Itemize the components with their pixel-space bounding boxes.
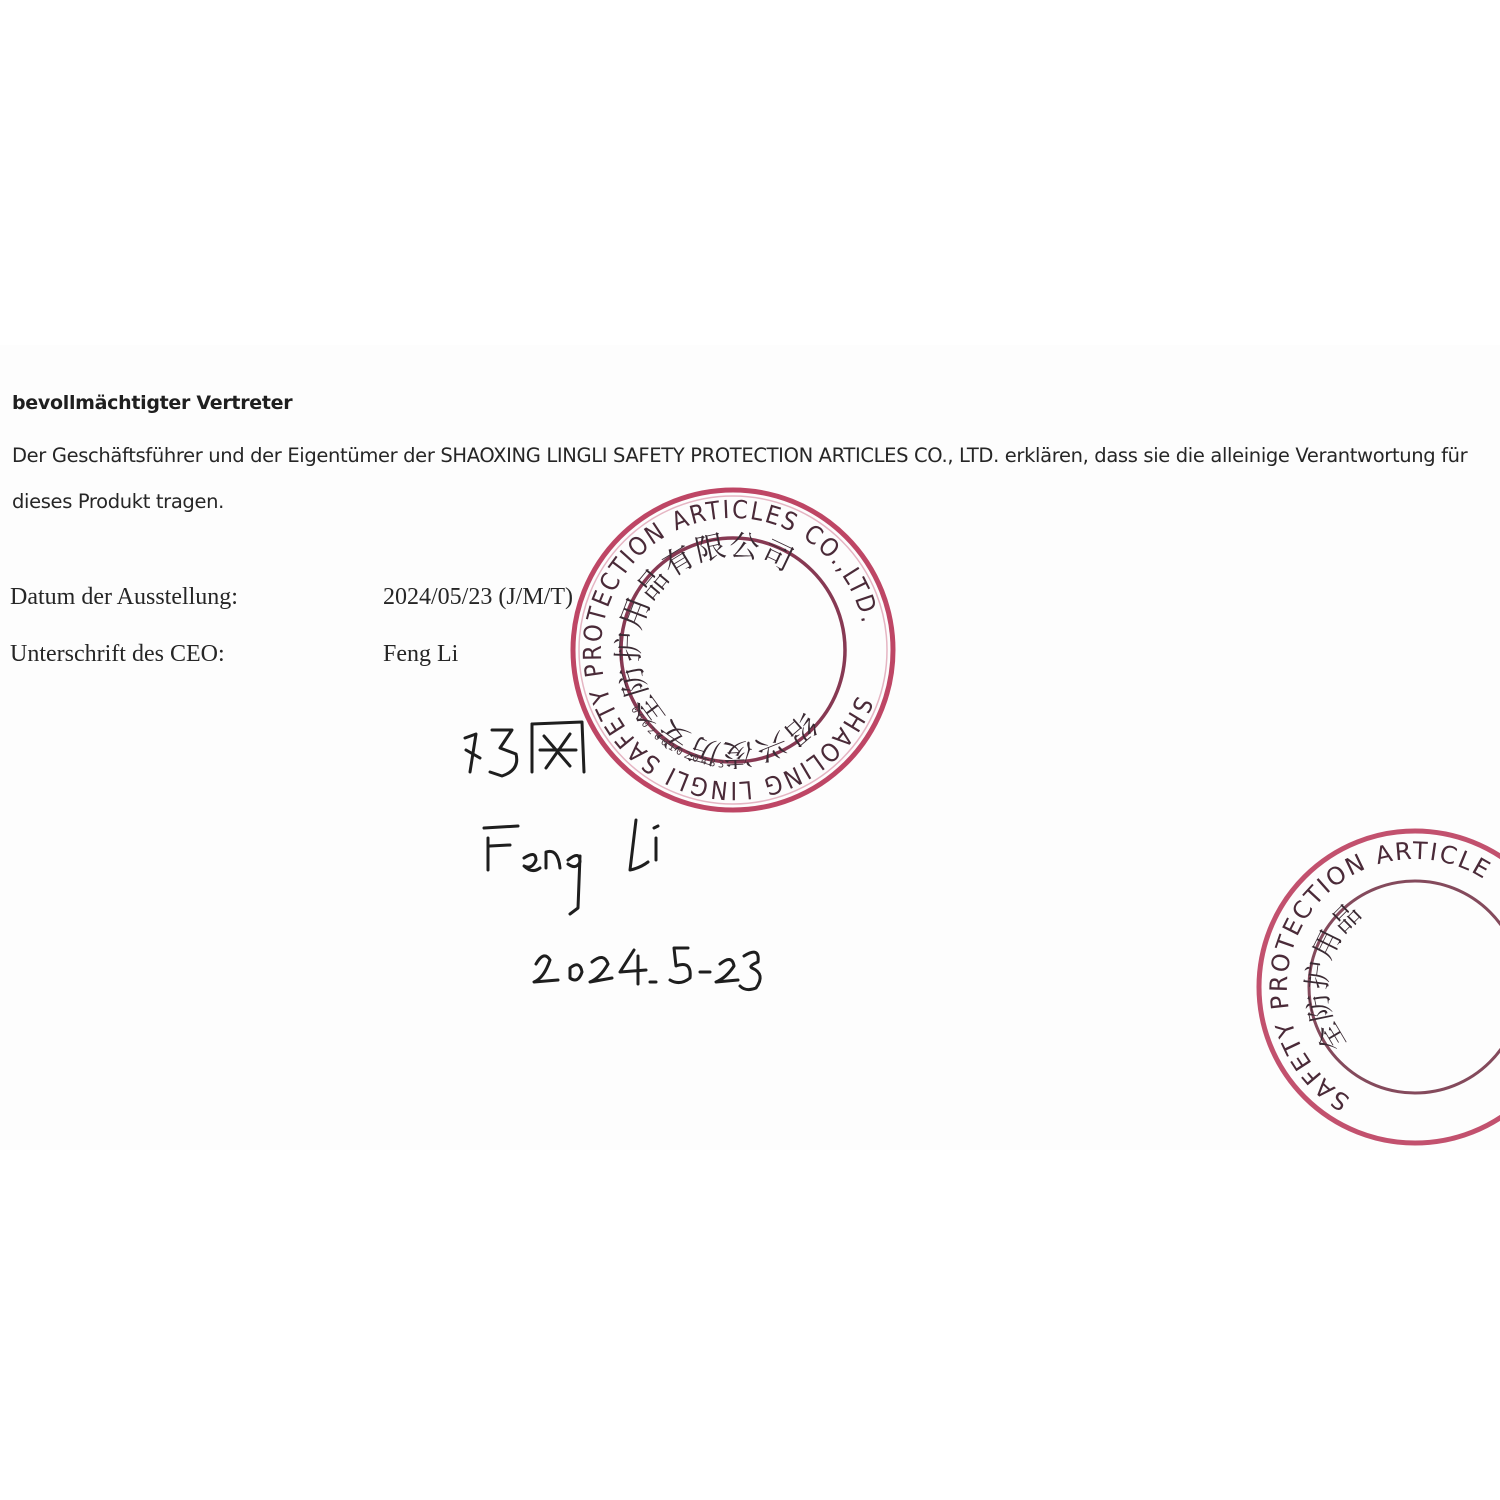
issue-date-label: Datum der Ausstellung: (10, 584, 238, 611)
signature-date: 2024.5.23 (440, 710, 445, 711)
ceo-name-value: Feng Li (383, 641, 458, 668)
partial-company-seal-stamp: SAFETY PROTECTION ARTICLE 全防护用品 (1250, 822, 1500, 1152)
signature-chinese-name: 冯闻 (440, 710, 442, 711)
handwritten-signature: 冯闻 Feng Li 2024.5.23 (440, 710, 820, 1020)
signature-latin-name: Feng Li (440, 710, 444, 711)
issue-date-value: 2024/05/23 (J/M/T) (383, 584, 573, 611)
ceo-signature-label: Unterschrift des CEO: (10, 641, 225, 668)
section-heading: bevollmächtigter Vertreter (12, 392, 292, 414)
